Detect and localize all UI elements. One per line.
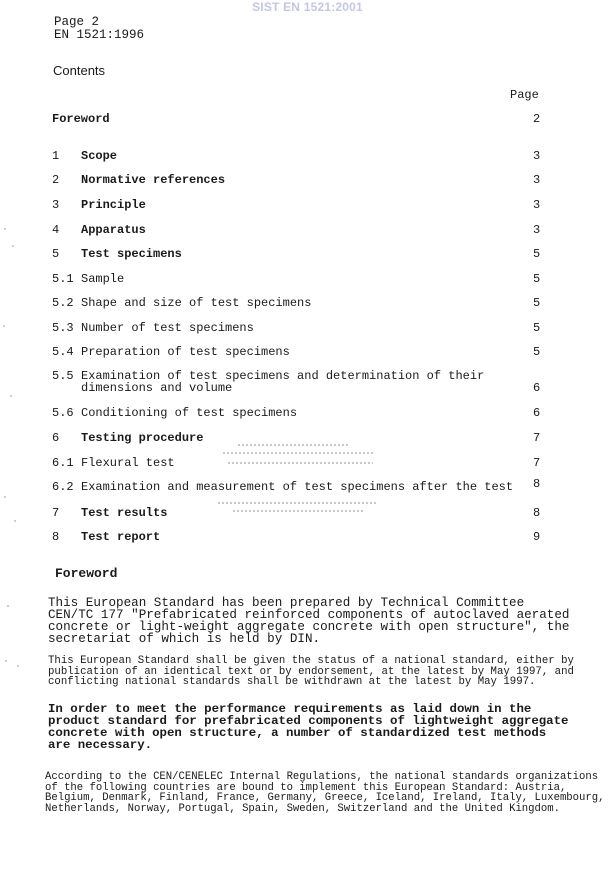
toc-title: Testing procedure xyxy=(81,432,203,444)
toc-number: 3 xyxy=(52,199,59,211)
foreword-heading: Foreword xyxy=(55,566,117,581)
toc-page: 6 xyxy=(533,382,540,394)
toc-page: 9 xyxy=(533,531,540,543)
toc-title: Principle xyxy=(81,199,146,211)
scan-speckle-artifact xyxy=(0,200,40,700)
page-header: Page 2 EN 1521:1996 xyxy=(54,16,144,42)
toc-number: 5.5 xyxy=(52,370,74,382)
toc-page: 5 xyxy=(533,273,540,285)
toc-title: Conditioning of test specimens xyxy=(81,407,297,419)
toc-page: 7 xyxy=(533,457,540,469)
toc-page: 8 xyxy=(533,507,540,519)
toc-title: Normative references xyxy=(81,174,225,186)
standard-id: EN 1521:1996 xyxy=(54,29,144,42)
toc-page: 3 xyxy=(533,174,540,186)
toc-page: 3 xyxy=(533,199,540,211)
toc-title: Apparatus xyxy=(81,224,146,236)
toc-number: 5.1 xyxy=(52,273,74,285)
foreword-paragraph-regulations: According to the CEN/CENELEC Internal Re… xyxy=(45,772,604,814)
toc-title: Number of test specimens xyxy=(81,322,254,334)
foreword-paragraph-status: This European Standard shall be given th… xyxy=(48,656,574,688)
toc-number: 8 xyxy=(52,531,59,543)
toc-page: 6 xyxy=(533,407,540,419)
toc-page: 3 xyxy=(533,224,540,236)
toc-entry-examination-dimensions[interactable]: 5.5 Examination of test specimens and de… xyxy=(52,370,572,396)
toc-number: 2 xyxy=(52,174,59,186)
page-column-label: Page xyxy=(510,88,539,102)
toc-number: 4 xyxy=(52,224,59,236)
faded-stamp-artifact xyxy=(218,430,388,520)
toc-number: 5.2 xyxy=(52,297,74,309)
toc-title: Preparation of test specimens xyxy=(81,346,290,358)
toc-page: 3 xyxy=(533,150,540,162)
toc-title: Foreword xyxy=(52,113,110,125)
toc-page: 7 xyxy=(533,432,540,444)
toc-title: Test report xyxy=(81,531,160,543)
toc-number: 6.1 xyxy=(52,457,74,469)
toc-page: 5 xyxy=(533,248,540,260)
toc-number: 6 xyxy=(52,432,59,444)
toc-title-continued: dimensions and volume xyxy=(81,382,232,394)
toc-page: 2 xyxy=(533,113,540,125)
toc-number: 5.6 xyxy=(52,407,74,419)
toc-number: 5.4 xyxy=(52,346,74,358)
toc-page: 8 xyxy=(533,478,540,490)
toc-page: 5 xyxy=(533,346,540,358)
contents-title: Contents xyxy=(53,63,105,78)
watermark: SIST EN 1521:2001 xyxy=(0,0,615,14)
toc-number: 7 xyxy=(52,507,59,519)
toc-title: Sample xyxy=(81,273,124,285)
toc-number: 6.2 xyxy=(52,481,74,493)
toc-number: 5.3 xyxy=(52,322,74,334)
toc-title: Scope xyxy=(81,150,117,162)
foreword-paragraph-requirements: In order to meet the performance require… xyxy=(48,703,569,751)
toc-title: Shape and size of test specimens xyxy=(81,297,311,309)
toc-number: 1 xyxy=(52,150,59,162)
foreword-paragraph-committee: This European Standard has been prepared… xyxy=(48,597,569,645)
toc-title: Test specimens xyxy=(81,248,182,260)
toc-page: 5 xyxy=(533,297,540,309)
toc-number: 5 xyxy=(52,248,59,260)
toc-page: 5 xyxy=(533,322,540,334)
toc-title: Test results xyxy=(81,507,167,519)
toc-title: Flexural test xyxy=(81,457,175,469)
